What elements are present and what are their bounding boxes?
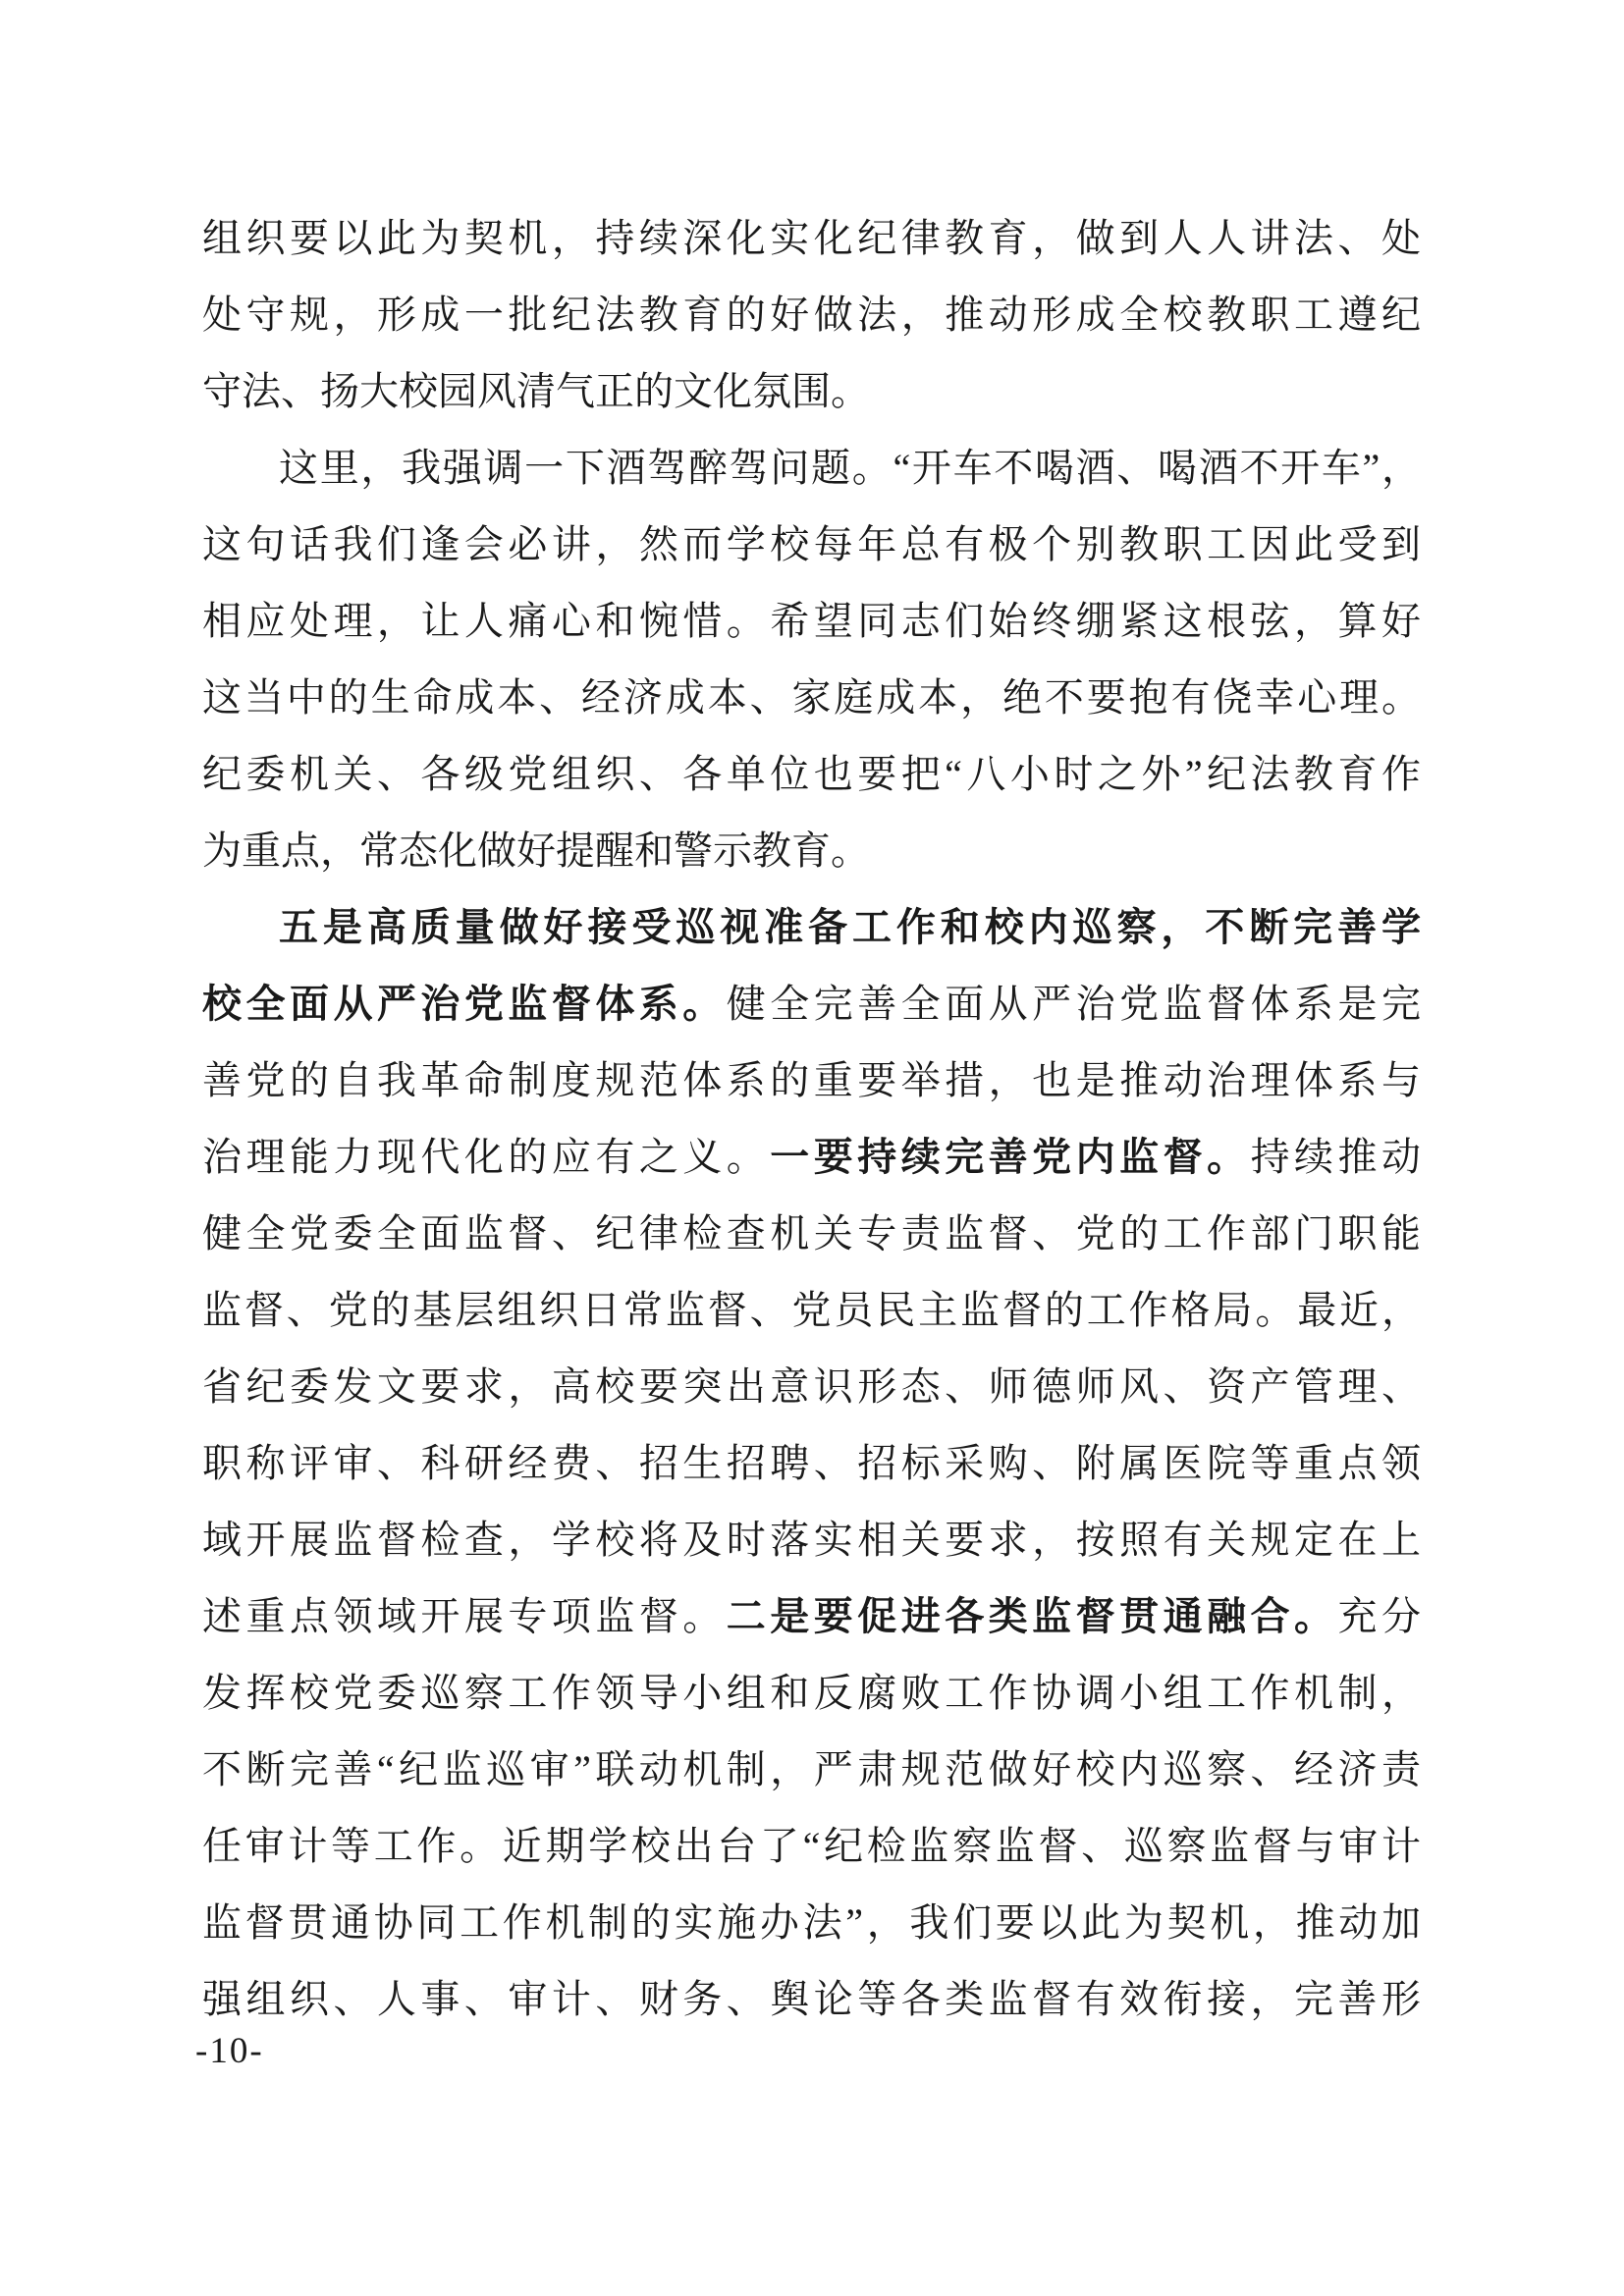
page-number: -10- — [195, 2024, 264, 2079]
body-text: 强组织、人事、审计、财务、舆论等各类监督有效衔接，完善形 — [202, 1977, 1421, 2021]
text-line: 为重点，常态化做好提醒和警示教育。 — [202, 813, 1421, 889]
body-text: 为重点，常态化做好提醒和警示教育。 — [202, 828, 870, 873]
body-text: 处守规，形成一批纪法教育的好做法，推动形成全校教职工遵纪 — [202, 293, 1421, 337]
body-text: 述重点领域开展专项监督。 — [202, 1594, 727, 1638]
body-text: 纪委机关、各级党组织、各单位也要把“八小时之外”纪法教育作 — [202, 752, 1421, 796]
body-text: 相应处理，让人痛心和惋惜。希望同志们始终绷紧这根弦，算好 — [202, 599, 1421, 643]
text-line: 善党的自我革命制度规范体系的重要举措，也是推动治理体系与 — [202, 1042, 1421, 1119]
text-line: 守法、扬大校园风清气正的文化氛围。 — [202, 353, 1421, 430]
text-line: 任审计等工作。近期学校出台了“纪检监察监督、巡察监督与审计 — [202, 1808, 1421, 1885]
text-line: 职称评审、科研经费、招生招聘、招标采购、附属医院等重点领 — [202, 1425, 1421, 1502]
body-text: 不断完善“纪监巡审”联动机制，严肃规范做好校内巡察、经济责 — [202, 1747, 1421, 1791]
emphasis-text: 一要持续完善党内监督。 — [770, 1135, 1250, 1179]
body-text: 发挥校党委巡察工作领导小组和反腐败工作协调小组工作机制， — [202, 1671, 1421, 1715]
body-text: 健全党委全面监督、纪律检查机关专责监督、党的工作部门职能 — [202, 1211, 1421, 1255]
text-line: 这句话我们逢会必讲，然而学校每年总有极个别教职工因此受到 — [202, 507, 1421, 583]
body-text: 治理能力现代化的应有之义。 — [202, 1135, 770, 1179]
text-line: 这里，我强调一下酒驾醉驾问题。“开车不喝酒、喝酒不开车”， — [202, 430, 1421, 507]
body-text: 善党的自我革命制度规范体系的重要举措，也是推动治理体系与 — [202, 1058, 1421, 1102]
body-text: 省纪委发文要求，高校要突出意识形态、师德师风、资产管理、 — [202, 1364, 1421, 1409]
body-text: 这里，我强调一下酒驾醉驾问题。“开车不喝酒、喝酒不开车”， — [279, 446, 1421, 490]
emphasis-text: 五是高质量做好接受巡视准备工作和校内巡察，不断完善学 — [279, 905, 1421, 949]
text-line: 域开展监督检查，学校将及时落实相关要求，按照有关规定在上 — [202, 1502, 1421, 1578]
document-body: 组织要以此为契机，持续深化实化纪律教育，做到人人讲法、处处守规，形成一批纪法教育… — [202, 200, 1421, 2038]
text-line: 处守规，形成一批纪法教育的好做法，推动形成全校教职工遵纪 — [202, 277, 1421, 353]
body-text: 监督贯通协同工作机制的实施办法”，我们要以此为契机，推动加 — [202, 1900, 1421, 1945]
body-text: 任审计等工作。近期学校出台了“纪检监察监督、巡察监督与审计 — [202, 1824, 1421, 1868]
text-line: 述重点领域开展专项监督。二是要促进各类监督贯通融合。充分 — [202, 1578, 1421, 1655]
body-text: 职称评审、科研经费、招生招聘、招标采购、附属医院等重点领 — [202, 1441, 1421, 1485]
text-line: 健全党委全面监督、纪律检查机关专责监督、党的工作部门职能 — [202, 1196, 1421, 1272]
text-line: 组织要以此为契机，持续深化实化纪律教育，做到人人讲法、处 — [202, 200, 1421, 277]
text-line: 监督、党的基层组织日常监督、党员民主监督的工作格局。最近， — [202, 1272, 1421, 1349]
text-line: 这当中的生命成本、经济成本、家庭成本，绝不要抱有侥幸心理。 — [202, 660, 1421, 736]
body-text: 充分 — [1338, 1594, 1421, 1638]
body-text: 域开展监督检查，学校将及时落实相关要求，按照有关规定在上 — [202, 1518, 1421, 1562]
body-text: 组织要以此为契机，持续深化实化纪律教育，做到人人讲法、处 — [202, 216, 1421, 260]
body-text: 守法、扬大校园风清气正的文化氛围。 — [202, 369, 870, 413]
text-line: 治理能力现代化的应有之义。一要持续完善党内监督。持续推动 — [202, 1119, 1421, 1196]
body-text: 这句话我们逢会必讲，然而学校每年总有极个别教职工因此受到 — [202, 522, 1421, 566]
text-line: 强组织、人事、审计、财务、舆论等各类监督有效衔接，完善形 — [202, 1961, 1421, 2038]
text-line: 省纪委发文要求，高校要突出意识形态、师德师风、资产管理、 — [202, 1349, 1421, 1425]
emphasis-text: 校全面从严治党监督体系。 — [202, 982, 727, 1026]
text-line: 相应处理，让人痛心和惋惜。希望同志们始终绷紧这根弦，算好 — [202, 583, 1421, 660]
text-line: 不断完善“纪监巡审”联动机制，严肃规范做好校内巡察、经济责 — [202, 1732, 1421, 1808]
text-line: 校全面从严治党监督体系。健全完善全面从严治党监督体系是完 — [202, 966, 1421, 1042]
text-line: 监督贯通协同工作机制的实施办法”，我们要以此为契机，推动加 — [202, 1885, 1421, 1961]
body-text: 监督、党的基层组织日常监督、党员民主监督的工作格局。最近， — [202, 1288, 1421, 1332]
body-text: 健全完善全面从严治党监督体系是完 — [727, 982, 1421, 1026]
body-text: 持续推动 — [1251, 1135, 1421, 1179]
text-line: 五是高质量做好接受巡视准备工作和校内巡察，不断完善学 — [202, 889, 1421, 966]
body-text: 这当中的生命成本、经济成本、家庭成本，绝不要抱有侥幸心理。 — [202, 675, 1421, 720]
emphasis-text: 二是要促进各类监督贯通融合。 — [727, 1594, 1338, 1638]
text-line: 纪委机关、各级党组织、各单位也要把“八小时之外”纪法教育作 — [202, 736, 1421, 813]
text-line: 发挥校党委巡察工作领导小组和反腐败工作协调小组工作机制， — [202, 1655, 1421, 1732]
